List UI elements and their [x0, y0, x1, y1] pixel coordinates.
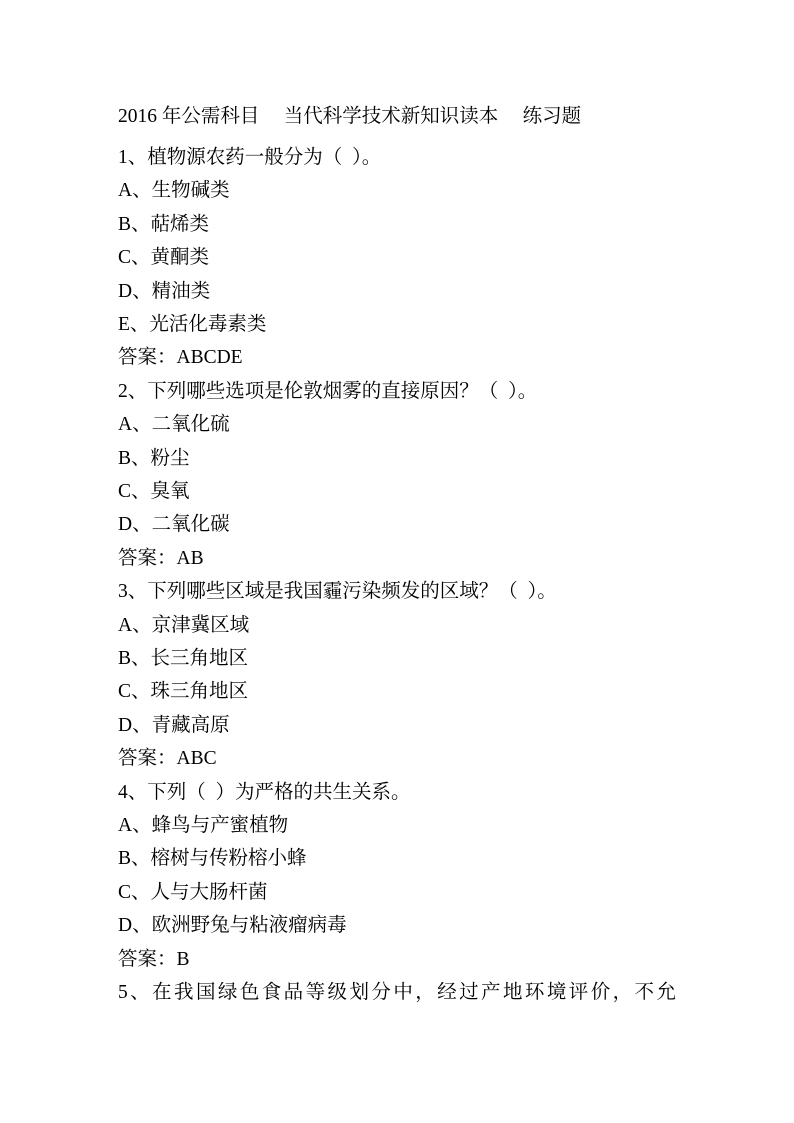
option-line: D、欧洲野兔与粘液瘤病毒: [118, 909, 676, 942]
option-line: C、人与大肠杆菌: [118, 876, 676, 909]
option-line: D、精油类: [118, 275, 676, 308]
document-content: 2016 年公需科目 当代科学技术新知识读本 练习题 1、植物源农药一般分为（ …: [118, 100, 676, 1009]
answer-line: 答案：ABCDE: [118, 341, 676, 374]
question-block: 2、下列哪些选项是伦敦烟雾的直接原因？（ ）。A、二氧化硫B、粉尘C、臭氧D、二…: [118, 375, 676, 575]
option-line: A、蜂鸟与产蜜植物: [118, 809, 676, 842]
document-title: 2016 年公需科目 当代科学技术新知识读本 练习题: [118, 100, 676, 133]
question-block: 3、下列哪些区域是我国霾污染频发的区域？（ ）。A、京津冀区域B、长三角地区C、…: [118, 575, 676, 775]
question-text: 1、植物源农药一般分为（ ）。: [118, 141, 676, 174]
question-text: 3、下列哪些区域是我国霾污染频发的区域？（ ）。: [118, 575, 676, 608]
answer-line: 答案：ABC: [118, 742, 676, 775]
option-line: D、青藏高原: [118, 709, 676, 742]
option-line: B、长三角地区: [118, 642, 676, 675]
question-block: 4、下列（ ）为严格的共生关系。A、蜂鸟与产蜜植物B、榕树与传粉榕小蜂C、人与大…: [118, 776, 676, 976]
answer-line: 答案：AB: [118, 542, 676, 575]
option-line: D、二氧化碳: [118, 508, 676, 541]
option-line: A、生物碱类: [118, 174, 676, 207]
answer-line: 答案：B: [118, 943, 676, 976]
option-line: B、粉尘: [118, 442, 676, 475]
document-page: 2016 年公需科目 当代科学技术新知识读本 练习题 1、植物源农药一般分为（ …: [0, 0, 794, 1123]
option-line: B、萜烯类: [118, 208, 676, 241]
option-line: A、二氧化硫: [118, 408, 676, 441]
option-line: E、光活化毒素类: [118, 308, 676, 341]
option-line: C、黄酮类: [118, 241, 676, 274]
question-text: 5、在我国绿色食品等级划分中，经过产地环境评价，不允: [118, 976, 676, 1009]
question-list: 1、植物源农药一般分为（ ）。A、生物碱类B、萜烯类C、黄酮类D、精油类E、光活…: [118, 141, 676, 1010]
option-line: A、京津冀区域: [118, 609, 676, 642]
option-line: C、珠三角地区: [118, 675, 676, 708]
question-text: 4、下列（ ）为严格的共生关系。: [118, 776, 676, 809]
question-block: 1、植物源农药一般分为（ ）。A、生物碱类B、萜烯类C、黄酮类D、精油类E、光活…: [118, 141, 676, 375]
option-line: B、榕树与传粉榕小蜂: [118, 842, 676, 875]
question-text: 2、下列哪些选项是伦敦烟雾的直接原因？（ ）。: [118, 375, 676, 408]
option-line: C、臭氧: [118, 475, 676, 508]
question-block: 5、在我国绿色食品等级划分中，经过产地环境评价，不允: [118, 976, 676, 1009]
